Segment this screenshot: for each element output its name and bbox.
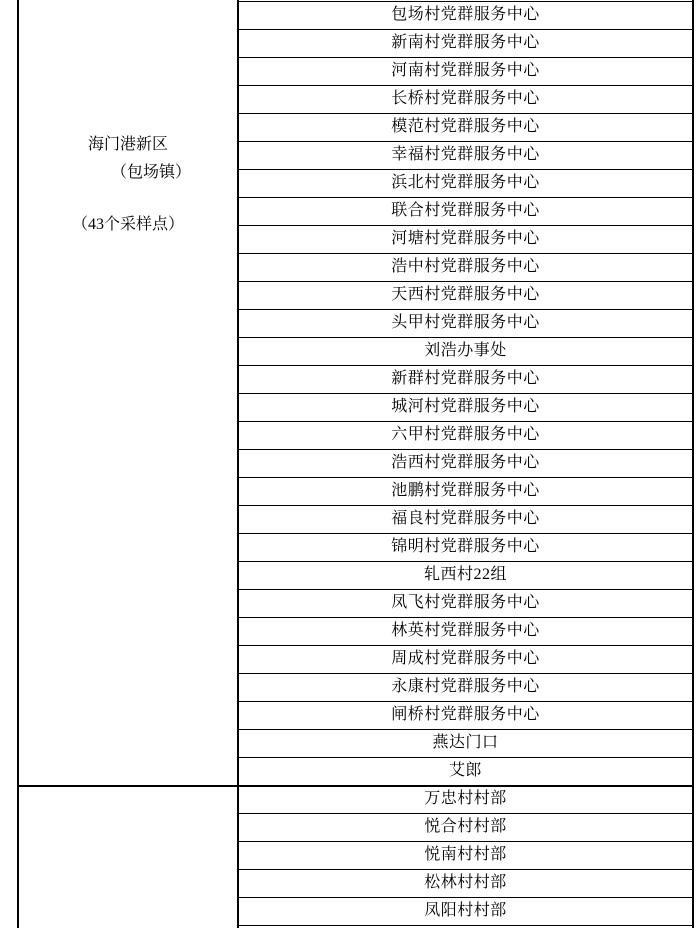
table-row: 闸桥村党群服务中心 — [239, 702, 692, 730]
sampling-point-label: 福良村党群服务中心 — [391, 510, 540, 527]
sampling-point-label: 六甲村党群服务中心 — [391, 426, 540, 443]
sampling-point-label: 万忠村村部 — [424, 790, 507, 807]
sampling-point-label: 松林村村部 — [424, 874, 507, 891]
table-row: 浩中村党群服务中心 — [239, 254, 692, 282]
sampling-point-label: 周成村党群服务中心 — [391, 650, 540, 667]
table-row: 头甲村党群服务中心 — [239, 310, 692, 338]
table-row: 新南村党群服务中心 — [239, 30, 692, 58]
sampling-point-label: 燕达门口 — [432, 734, 498, 751]
table-row: 悦合村村部 — [239, 814, 692, 842]
table-row: 周成村党群服务中心 — [239, 646, 692, 674]
sampling-point-label: 永康村党群服务中心 — [391, 678, 540, 695]
table-row: 河南村党群服务中心 — [239, 58, 692, 86]
sampling-point-label: 池鹏村党群服务中心 — [391, 482, 540, 499]
sampling-point-label: 头甲村党群服务中心 — [391, 314, 540, 331]
table-row: 六甲村党群服务中心 — [239, 422, 692, 450]
sampling-point-label: 锦明村党群服务中心 — [391, 538, 540, 555]
table-row: 天西村党群服务中心 — [239, 282, 692, 310]
sampling-point-label: 林英村党群服务中心 — [391, 622, 540, 639]
table-row: 河塘村党群服务中心 — [239, 226, 692, 254]
document-table-view: 海门港新区 （包场镇） （43个采样点） 包场村党群服务中心新南村党群服务中心河… — [0, 0, 698, 928]
table-row: 松林村村部 — [239, 870, 692, 898]
sampling-point-label: 包场村党群服务中心 — [391, 6, 540, 23]
table-row: 模范村党群服务中心 — [239, 114, 692, 142]
table-row: 凤飞村党群服务中心 — [239, 590, 692, 618]
sampling-point-label: 悦南村村部 — [424, 846, 507, 863]
sampling-point-label: 新群村党群服务中心 — [391, 370, 540, 387]
region-label-line: （包场镇） — [18, 159, 238, 187]
sampling-point-label: 刘浩办事处 — [424, 342, 507, 359]
table-row: 新群村党群服务中心 — [239, 366, 692, 394]
sampling-point-label: 城河村党群服务中心 — [391, 398, 540, 415]
sampling-point-label: 浩西村党群服务中心 — [391, 454, 540, 471]
sampling-point-label: 凤阳村村部 — [424, 902, 507, 919]
table-row: 悦南村村部 — [239, 842, 692, 870]
table-row: 浜北村党群服务中心 — [239, 170, 692, 198]
sampling-point-label: 悦合村村部 — [424, 818, 507, 835]
table-row: 浩西村党群服务中心 — [239, 450, 692, 478]
group-divider-line — [17, 785, 693, 787]
sampling-point-label: 河塘村党群服务中心 — [391, 230, 540, 247]
sampling-point-label: 浜北村党群服务中心 — [391, 174, 540, 191]
table-right-border — [692, 0, 694, 928]
table-row: 万忠村村部 — [239, 786, 692, 814]
sampling-point-label: 长桥村党群服务中心 — [391, 90, 540, 107]
sampling-point-label: 幸福村党群服务中心 — [391, 146, 540, 163]
sampling-point-label: 凤飞村党群服务中心 — [391, 594, 540, 611]
table-row: 幸福村党群服务中心 — [239, 142, 692, 170]
table-row: 池鹏村党群服务中心 — [239, 478, 692, 506]
sampling-point-label: 新南村党群服务中心 — [391, 34, 540, 51]
table-row: 永康村党群服务中心 — [239, 674, 692, 702]
sampling-point-label: 联合村党群服务中心 — [391, 202, 540, 219]
table-row: 锦明村党群服务中心 — [239, 534, 692, 562]
table-row: 包场村党群服务中心 — [239, 2, 692, 30]
region-label-count: （43个采样点） — [18, 211, 238, 239]
sampling-point-label: 河南村党群服务中心 — [391, 62, 540, 79]
table-row: 轧西村22组 — [239, 562, 692, 590]
sampling-point-label: 艾郎 — [449, 762, 482, 779]
sampling-point-label: 闸桥村党群服务中心 — [391, 706, 540, 723]
table-row: 林英村党群服务中心 — [239, 618, 692, 646]
table-row: 福良村党群服务中心 — [239, 506, 692, 534]
table-row: 燕达门口 — [239, 730, 692, 758]
table-row: 刘浩办事处 — [239, 338, 692, 366]
sampling-point-rows: 包场村党群服务中心新南村党群服务中心河南村党群服务中心长桥村党群服务中心模范村党… — [239, 1, 692, 926]
sampling-point-label: 轧西村22组 — [424, 566, 507, 583]
sampling-point-label: 模范村党群服务中心 — [391, 118, 540, 135]
table-row: 联合村党群服务中心 — [239, 198, 692, 226]
table-row: 长桥村党群服务中心 — [239, 86, 692, 114]
sampling-point-label: 天西村党群服务中心 — [391, 286, 540, 303]
region-label-line: 海门港新区 — [18, 131, 238, 159]
table-row: 凤阳村村部 — [239, 898, 692, 926]
sampling-point-label: 浩中村党群服务中心 — [391, 258, 540, 275]
table-row: 艾郎 — [239, 758, 692, 786]
table-row: 城河村党群服务中心 — [239, 394, 692, 422]
